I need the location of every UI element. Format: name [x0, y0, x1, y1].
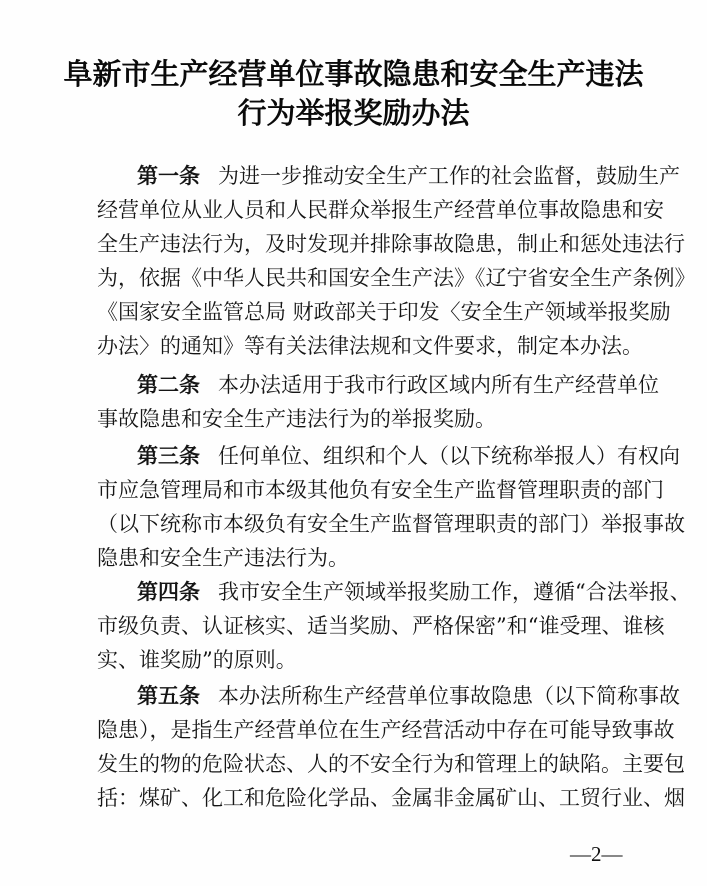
- document-title-line-1: 阜新市生产经营单位事故隐患和安全生产违法: [0, 52, 707, 93]
- article-1-line-3: 全生产违法行为，及时发现并排除事故隐患，制止和惩处违法行: [97, 229, 625, 259]
- article-1-line-4: 为，依据《中华人民共和国安全生产法》《辽宁省安全生产条例》: [97, 263, 625, 293]
- article-4-line-1: 第四条我市安全生产领域举报奖励工作，遵循“合法举报、: [137, 577, 625, 607]
- article-3-label: 第三条: [137, 444, 200, 468]
- article-5-line-2: 隐患），是指生产经营单位在生产经营活动中存在可能导致事故: [97, 715, 625, 745]
- article-1-line-5: 《国家安全监管总局 财政部关于印发〈安全生产领域举报奖励: [97, 297, 625, 327]
- document-page: 阜新市生产经营单位事故隐患和安全生产违法 行为举报奖励办法 第一条为进一步推动安…: [0, 0, 707, 886]
- article-5-line-1: 第五条本办法所称生产经营单位事故隐患（以下简称事故: [137, 681, 625, 711]
- article-4-line-2: 市级负责、认证核实、适当奖励、严格保密”和“谁受理、谁核: [97, 611, 625, 641]
- article-2-line-2: 事故隐患和安全生产违法行为的举报奖励。: [97, 404, 625, 434]
- article-5-line-3: 发生的物的危险状态、人的不安全行为和管理上的缺陷。主要包: [97, 749, 625, 779]
- article-3-line-4: 隐患和安全生产违法行为。: [97, 543, 625, 573]
- article-3-line-3: （以下统称市本级负有安全生产监督管理职责的部门）举报事故: [97, 509, 625, 539]
- article-2-label: 第二条: [137, 373, 200, 397]
- article-4-label: 第四条: [137, 580, 200, 604]
- article-5-line-4: 括：煤矿、化工和危险化学品、金属非金属矿山、工贸行业、烟: [97, 783, 625, 813]
- article-2-line-1: 第二条本办法适用于我市行政区域内所有生产经营单位: [137, 370, 625, 400]
- article-1-line-2: 经营单位从业人员和人民群众举报生产经营单位事故隐患和安: [97, 195, 625, 225]
- article-3-line-2: 市应急管理局和市本级其他负有安全生产监督管理职责的部门: [97, 475, 625, 505]
- article-1-line-1: 第一条为进一步推动安全生产工作的社会监督，鼓励生产: [137, 161, 625, 191]
- article-3-line-1: 第三条任何单位、组织和个人（以下统称举报人）有权向: [137, 441, 625, 471]
- page-number: —2—: [570, 842, 623, 867]
- article-4-line-3: 实、谁奖励”的原则。: [97, 645, 625, 675]
- article-1-label: 第一条: [137, 164, 200, 188]
- document-title-line-2: 行为举报奖励办法: [0, 91, 707, 132]
- article-5-label: 第五条: [137, 684, 200, 708]
- article-1-line-6: 办法〉的通知》等有关法律法规和文件要求，制定本办法。: [97, 331, 625, 361]
